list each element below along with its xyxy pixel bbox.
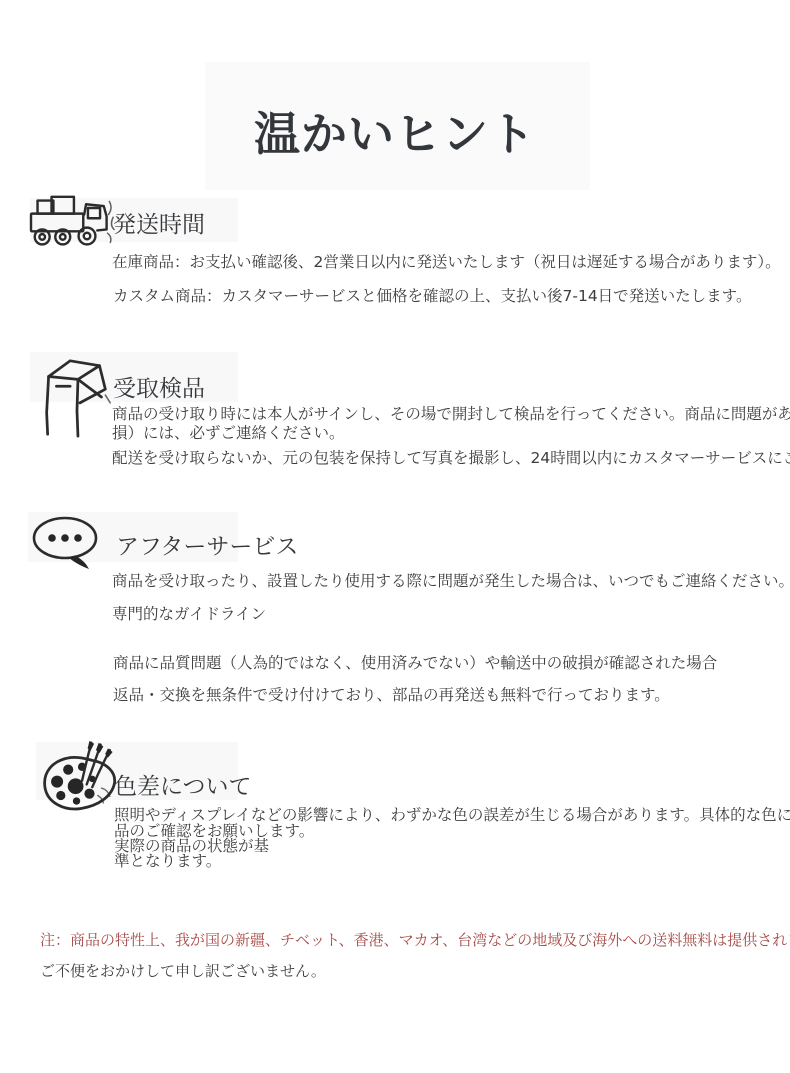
package-box-icon	[40, 352, 112, 442]
truck-icon	[28, 194, 118, 250]
aftersale-text-line: 専門的なガイドライン	[112, 605, 266, 624]
inspection-text-line: 商品の受け取り時には本人がサインし、その場で開封して検品を行ってください。商品に…	[112, 405, 790, 424]
apology-note: ご不便をおかけして申し訳ございません。	[40, 960, 326, 981]
warm-hints-page: { "page": { "title": "温かいヒント", "backgrou…	[0, 0, 790, 1073]
page-title: 温かいヒント	[0, 98, 790, 164]
aftersale-text-line: 返品・交換を無条件で受け付けており、部品の再発送も無料で行っております。	[113, 686, 670, 705]
aftersale-text-line: 商品に品質問題（人為的ではなく、使用済みでない）や輸送中の破損が確認された場合	[113, 654, 717, 673]
section-title-inspection: 受取検品	[113, 370, 205, 403]
section-title-color: 色差について	[114, 768, 252, 801]
color-text-line: 準となります。	[114, 852, 221, 871]
shipping-text-line: 在庫商品：お支払い確認後、2営業日以内に発送いたします（祝日は遅延する場合があり…	[112, 253, 781, 272]
aftersale-text-line: 商品を受け取ったり、設置したり使用する際に問題が発生した場合は、いつでもご連絡く…	[112, 572, 790, 591]
section-title-aftersale: アフターサービス	[116, 528, 298, 561]
inspection-text-line: 配送を受け取らないか、元の包装を保持して写真を撮影し、24時間以内にカスタマーサ…	[112, 449, 790, 468]
section-title-shipping: 発送時間	[113, 206, 205, 239]
chat-bubble-icon	[28, 512, 110, 572]
shipping-restriction-note: 注：商品の特性上、我が国の新疆、チベット、香港、マカオ、台湾などの地域及び海外へ…	[40, 929, 790, 950]
inspection-text-line: 損）には、必ずご連絡ください。	[112, 424, 345, 443]
shipping-text-line: カスタム商品：カスタマーサービスと価格を確認の上、支払い後7-14日で発送いたし…	[113, 287, 751, 306]
